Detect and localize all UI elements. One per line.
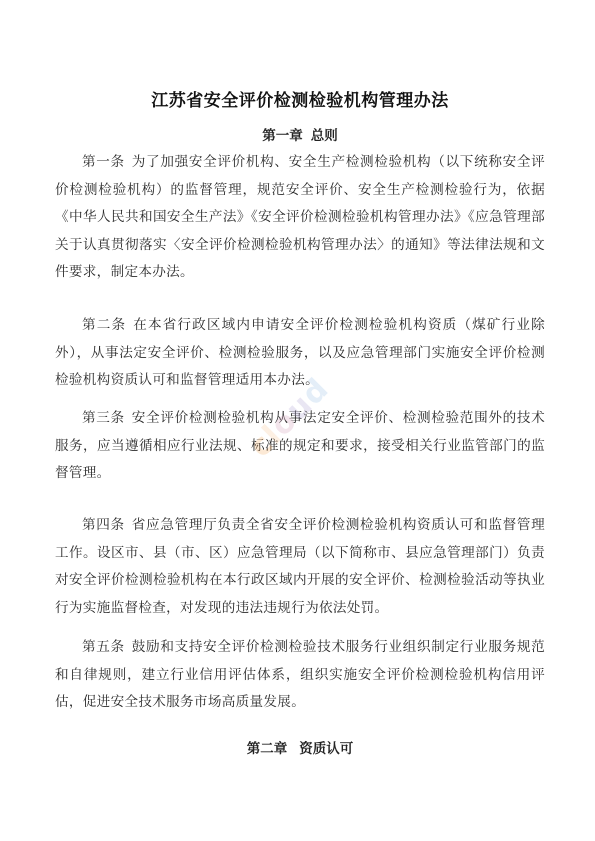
article-5: 第五条鼓励和支持安全评价检测检验技术服务行业组织制定行业服务规范和自律规则，建立… [55, 634, 545, 717]
article-label: 第一条 [82, 154, 125, 170]
article-label: 第三条 [82, 410, 125, 426]
article-label: 第五条 [82, 639, 125, 655]
chapter-name: 资质认可 [299, 741, 353, 757]
chapter-heading-1: 第一章总则 [55, 124, 545, 144]
chapter-number: 第二章 [247, 741, 288, 757]
chapter-heading-2: 第二章资质认可 [55, 737, 545, 757]
article-text: 在本省行政区域内申请安全评价检测检验机构资质（煤矿行业除外），从事法定安全评价、… [55, 317, 545, 388]
article-label: 第二条 [82, 317, 126, 333]
article-text: 省应急管理厅负责全省安全评价检测检验机构资质认可和监督管理工作。设区市、县（市、… [55, 517, 545, 616]
article-4: 第四条省应急管理厅负责全省安全评价检测检验机构资质认可和监督管理工作。设区市、县… [55, 512, 545, 622]
article-text: 鼓励和支持安全评价检测检验技术服务行业组织制定行业服务规范和自律规则，建立行业信… [55, 639, 545, 710]
article-label: 第四条 [82, 517, 125, 533]
article-2: 第二条在本省行政区域内申请安全评价检测检验机构资质（煤矿行业除外），从事法定安全… [55, 312, 545, 395]
chapter-number: 第一章 [262, 128, 303, 144]
article-1: 第一条为了加强安全评价机构、安全生产检测检验机构（以下统称安全评价检测检验机构）… [55, 149, 545, 287]
article-text: 为了加强安全评价机构、安全生产检测检验机构（以下统称安全评价检测检验机构）的监督… [55, 154, 545, 280]
document-title: 江苏省安全评价检测检验机构管理办法 [55, 86, 545, 111]
article-text: 安全评价检测检验机构从事法定安全评价、检测检验范围外的技术服务，应当遵循相应行业… [55, 410, 545, 481]
article-3: 第三条安全评价检测检验机构从事法定安全评价、检测检验范围外的技术服务，应当遵循相… [55, 405, 545, 488]
chapter-name: 总则 [311, 128, 338, 144]
